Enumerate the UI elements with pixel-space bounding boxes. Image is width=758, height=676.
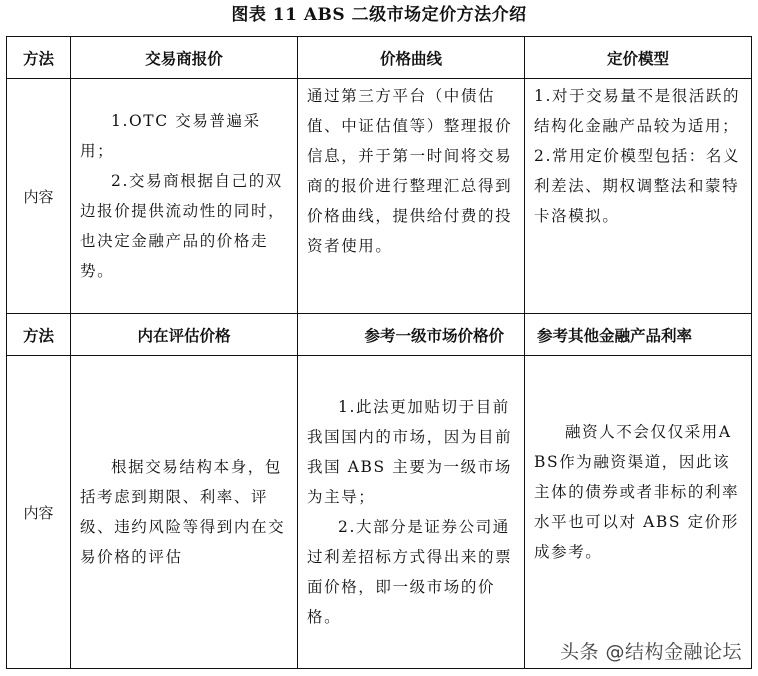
- primary-market-point-2: 2.大部分是证券公司通过利差招标方式得出来的票面价格，即一级市场的价格。: [307, 512, 516, 632]
- header-dealer-quote: 交易商报价: [71, 37, 298, 79]
- content-other-rates-ref: 融资人不会仅仅采用ABS作为融资渠道，因此该主体的债券或者非标的利率水平也可以对…: [525, 356, 752, 669]
- pricing-model-point-1: 1.对于交易量不是很活跃的结构化金融产品较为适用；: [534, 81, 743, 141]
- dealer-quote-point-1: 1.OTC 交易普遍采用；: [80, 106, 289, 166]
- primary-market-point-1: 1.此法更加贴切于目前我国国内的市场，因为目前我国 ABS 主要为一级市场为主导…: [307, 392, 516, 512]
- price-curve-text: 通过第三方平台（中债估值、中证估值等）整理报价信息，并于第一时间将交易商的报价进…: [307, 81, 516, 261]
- method-label-cell-2: 方法: [7, 314, 71, 356]
- content-pricing-model: 1.对于交易量不是很活跃的结构化金融产品较为适用； 2.常用定价模型包括：名义利…: [525, 79, 752, 314]
- content-label-cell: 内容: [7, 79, 71, 314]
- method-label-cell: 方法: [7, 37, 71, 79]
- table-header-row-1: 方法 交易商报价 价格曲线 定价模型: [7, 37, 752, 79]
- content-price-curve: 通过第三方平台（中债估值、中证估值等）整理报价信息，并于第一时间将交易商的报价进…: [298, 79, 525, 314]
- pricing-methods-table: 方法 交易商报价 价格曲线 定价模型 内容 1.OTC 交易普遍采用； 2.交易…: [6, 36, 752, 669]
- table-content-row-1: 内容 1.OTC 交易普遍采用； 2.交易商根据自己的双边报价提供流动性的同时，…: [7, 79, 752, 314]
- header-pricing-model: 定价模型: [525, 37, 752, 79]
- header-other-rates-ref: 参考其他金融产品利率: [525, 314, 752, 356]
- source-watermark: 头条 @结构金融论坛: [560, 637, 742, 664]
- dealer-quote-point-2: 2.交易商根据自己的双边报价提供流动性的同时，也决定金融产品的价格走势。: [80, 166, 289, 286]
- header-price-curve: 价格曲线: [298, 37, 525, 79]
- table-content-row-2: 内容 根据交易结构本身，包括考虑到期限、利率、评级、违约风险等得到内在交易价格的…: [7, 356, 752, 669]
- pricing-model-point-2: 2.常用定价模型包括：名义利差法、期权调整法和蒙特卡洛模拟。: [534, 141, 743, 231]
- figure-title: 图表 11 ABS 二级市场定价方法介绍: [0, 4, 758, 26]
- content-dealer-quote: 1.OTC 交易普遍采用； 2.交易商根据自己的双边报价提供流动性的同时，也决定…: [71, 79, 298, 314]
- content-label-cell-2: 内容: [7, 356, 71, 669]
- intrinsic-value-text: 根据交易结构本身，包括考虑到期限、利率、评级、违约风险等得到内在交易价格的评估: [80, 452, 289, 572]
- content-primary-market-ref: 1.此法更加贴切于目前我国国内的市场，因为目前我国 ABS 主要为一级市场为主导…: [298, 356, 525, 669]
- header-primary-market-ref: 参考一级市场价格价: [298, 314, 525, 356]
- content-intrinsic-value: 根据交易结构本身，包括考虑到期限、利率、评级、违约风险等得到内在交易价格的评估: [71, 356, 298, 669]
- table-header-row-2: 方法 内在评估价格 参考一级市场价格价 参考其他金融产品利率: [7, 314, 752, 356]
- header-intrinsic-value: 内在评估价格: [71, 314, 298, 356]
- other-rates-text: 融资人不会仅仅采用ABS作为融资渠道，因此该主体的债券或者非标的利率水平也可以对…: [534, 417, 743, 567]
